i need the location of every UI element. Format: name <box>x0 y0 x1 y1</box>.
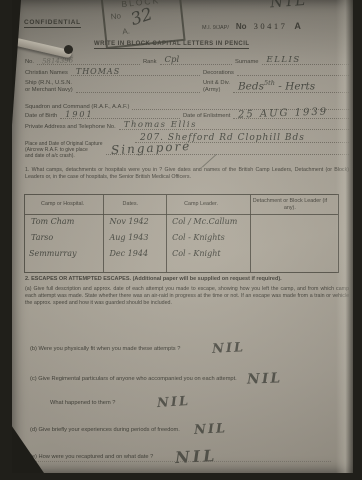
item-b-question: (b) Were you physically fit when you mad… <box>30 346 180 352</box>
item-d-answer: NIL <box>193 421 227 438</box>
unit-value-superscript: 5th <box>264 79 275 87</box>
field-unit-div: Unit & Div. (Army) Beds5th - Herts <box>203 80 352 94</box>
dotted-line: Beds5th - Herts <box>233 80 349 93</box>
questionnaire-page: NIL BLOCK No A. 32 CONFIDENTIAL M.I. 9/J… <box>12 0 353 473</box>
surname-label: Surname <box>235 59 261 66</box>
field-rank: Rank Cpl <box>143 56 235 66</box>
dotted-line <box>76 84 200 93</box>
dotted-line: 1901 <box>60 110 180 119</box>
block-stamp-no: No <box>110 11 121 21</box>
row-ship-unit: Ship (R.N., U.S.N. or Merchant Navy) Uni… <box>25 80 352 94</box>
enlistment-value: 25 AUG 1939 <box>238 106 329 120</box>
block-stamp-prefix: A. <box>122 26 130 36</box>
table-header-row: Camp or Hospital. Dates. Camp Leader. De… <box>25 195 338 215</box>
field-service-number: No. 5814396 <box>25 56 143 66</box>
header-camp-or-hospital: Camp or Hospital. <box>25 201 100 208</box>
confidential-marking: CONFIDENTIAL <box>24 19 81 28</box>
camps-table: Camp or Hospital. Dates. Camp Leader. De… <box>24 194 339 273</box>
section1-question: 1. What camps, detachments or hospitals … <box>25 167 349 181</box>
item-e-question: (e) How were you recaptured and on what … <box>30 454 153 460</box>
leader-cell: Col - Knights <box>172 233 225 242</box>
section2-item-a: (a) Give full description and approx. da… <box>25 286 349 307</box>
field-surname: Surname ELLIS <box>235 56 352 66</box>
section2-item-c2-row: What happened to them ? NIL <box>50 395 191 410</box>
surname-value: ELLIS <box>267 55 301 65</box>
serial-suffix: A <box>294 21 301 31</box>
section2-item-b-row: (b) Were you physically fit when you mad… <box>30 341 245 356</box>
row-birth-enlistment: Date of Birth 1901 Date of Enlistment 25… <box>25 110 352 120</box>
dotted-line: 5814396 <box>37 56 140 65</box>
header-dates: Dates. <box>100 201 160 208</box>
row-original-capture: Place and Date of Original Capture (Airc… <box>25 141 352 159</box>
dotted-line: Cpl <box>160 56 232 65</box>
section2-heading: 2. ESCAPES OR ATTEMPTED ESCAPES. (Additi… <box>25 276 349 283</box>
unit-div-label: Unit & Div. (Army) <box>203 80 232 94</box>
row-private-address: Private Address and Telephone No. Thomas… <box>25 121 352 131</box>
address-label: Private Address and Telephone No. <box>25 124 118 131</box>
unit-div-value: Beds5th - Herts <box>238 79 315 93</box>
decorations-label: Decorations <box>203 70 236 77</box>
section2-item-d-row: (d) Give briefly your experiences during… <box>30 422 227 437</box>
page-curl-highlight <box>336 0 353 473</box>
ship-label-line1: Ship (R.N., U.S.N. <box>25 80 72 86</box>
ref-no-label: No <box>236 22 247 31</box>
dotted-line: 25 AUG 1939 <box>233 110 349 119</box>
capture-label-line3: and date of a/c crash). <box>25 153 75 159</box>
field-decorations: Decorations <box>203 67 352 77</box>
leader-cell: Col - Knight <box>172 249 220 258</box>
item-c-question: (c) Give Regimental particulars of anyon… <box>30 376 237 382</box>
leader-cell: Col / Mc.Callum <box>172 217 237 226</box>
unit-value-main: Beds <box>238 80 264 92</box>
no-label: No. <box>25 59 36 66</box>
section2-item-e-row: (e) How were you recaptured and on what … <box>30 447 218 466</box>
table-row: Tarso Aug 1943 Col - Knights <box>25 233 338 249</box>
header-detachment-leader: Detachment or Block Leader (if any). <box>242 198 338 212</box>
unit-label-line1: Unit & Div. <box>203 80 230 86</box>
reference-number-row: M.I. 9/JAP/ No 30417 A <box>202 21 301 31</box>
row-no-rank-surname: No. 5814396 Rank Cpl Surname ELLIS <box>25 56 352 66</box>
camp-cell: Tarso <box>31 233 53 242</box>
item-d-question: (d) Give briefly your experiences during… <box>30 427 180 433</box>
item-e-answer: NIL <box>175 446 218 467</box>
dotted-line: Singapore <box>106 141 349 155</box>
field-christian-names: Christian Names THOMAS <box>25 67 203 77</box>
item-c-answer: NIL <box>246 370 282 387</box>
capture-value: Singapore <box>110 139 191 157</box>
dates-cell: Dec 1944 <box>110 249 149 258</box>
rank-value: Cpl <box>165 55 180 65</box>
no-value: 5814396 <box>42 56 73 65</box>
dotted-line <box>237 67 349 76</box>
field-ship: Ship (R.N., U.S.N. or Merchant Navy) <box>25 80 203 94</box>
section2-item-c-row: (c) Give Regimental particulars of anyon… <box>30 371 282 387</box>
address-value-line1: Thomas Ellis <box>124 120 197 130</box>
camp-cell: Semmurray <box>29 249 76 258</box>
mi9-label: M.I. 9/JAP/ <box>202 25 229 31</box>
christian-names-label: Christian Names <box>25 70 70 77</box>
item-b-answer: NIL <box>212 340 246 357</box>
faint-bottom-rule <box>26 461 331 462</box>
item-c2-question: What happened to them ? <box>50 400 115 406</box>
top-nil-annotation: NIL <box>269 0 308 11</box>
field-date-of-birth: Date of Birth 1901 <box>25 110 183 120</box>
item-c2-answer: NIL <box>157 394 191 411</box>
ship-label: Ship (R.N., U.S.N. or Merchant Navy) <box>25 80 75 94</box>
serial-number: 30417 <box>254 21 288 31</box>
row-names-decorations: Christian Names THOMAS Decorations <box>25 67 352 77</box>
dob-label: Date of Birth <box>25 113 59 120</box>
table-row: Semmurray Dec 1944 Col - Knight <box>25 249 338 265</box>
field-date-of-enlistment: Date of Enlistment 25 AUG 1939 <box>183 110 352 120</box>
binding-hole <box>64 45 73 54</box>
dates-cell: Nov 1942 <box>110 217 149 226</box>
ship-label-line2: or Merchant Navy) <box>25 87 73 93</box>
table-row: Tom Cham Nov 1942 Col / Mc.Callum <box>25 217 338 233</box>
unit-value-rest: - Herts <box>278 80 315 92</box>
unit-label-line2: (Army) <box>203 87 220 93</box>
enlistment-label: Date of Enlistment <box>183 113 232 120</box>
dotted-line: Thomas Ellis <box>119 121 349 130</box>
dates-cell: Aug 1943 <box>110 233 149 242</box>
capture-label: Place and Date of Original Capture (Airc… <box>25 141 105 159</box>
rank-label: Rank <box>143 59 159 66</box>
scanned-document-photo: NIL BLOCK No A. 32 CONFIDENTIAL M.I. 9/J… <box>0 0 362 480</box>
dob-value: 1901 <box>65 110 93 119</box>
christian-names-value: THOMAS <box>76 67 120 76</box>
header-camp-leader: Camp Leader. <box>160 201 241 208</box>
dotted-line: THOMAS <box>71 67 200 76</box>
block-stamp-handwritten-number: 32 <box>128 4 155 30</box>
write-instruction-heading: WRITE IN BLOCK CAPITAL LETTERS IN PENCIL <box>94 41 249 49</box>
camp-cell: Tom Cham <box>31 217 74 226</box>
